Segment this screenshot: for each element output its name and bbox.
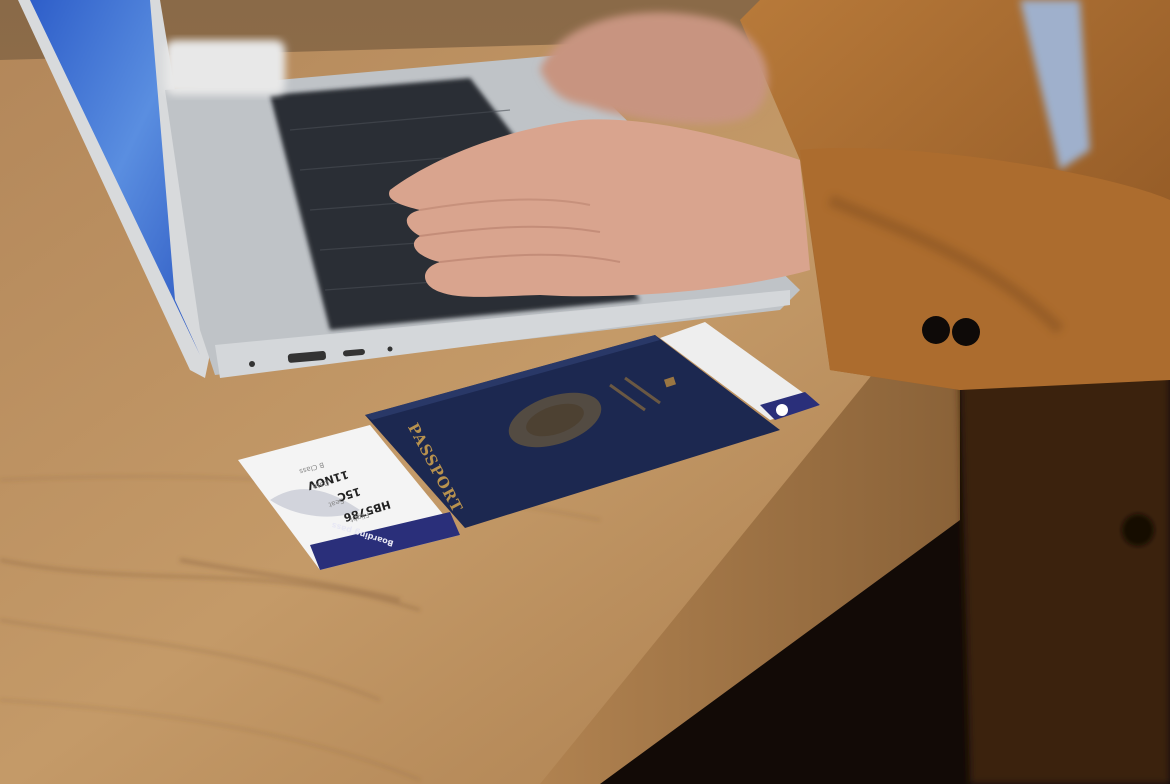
scene-illustration: [0, 0, 1170, 784]
photo-scene: PASSPORT B Class 11NOV Date 15C Seat HB5…: [0, 0, 1170, 784]
